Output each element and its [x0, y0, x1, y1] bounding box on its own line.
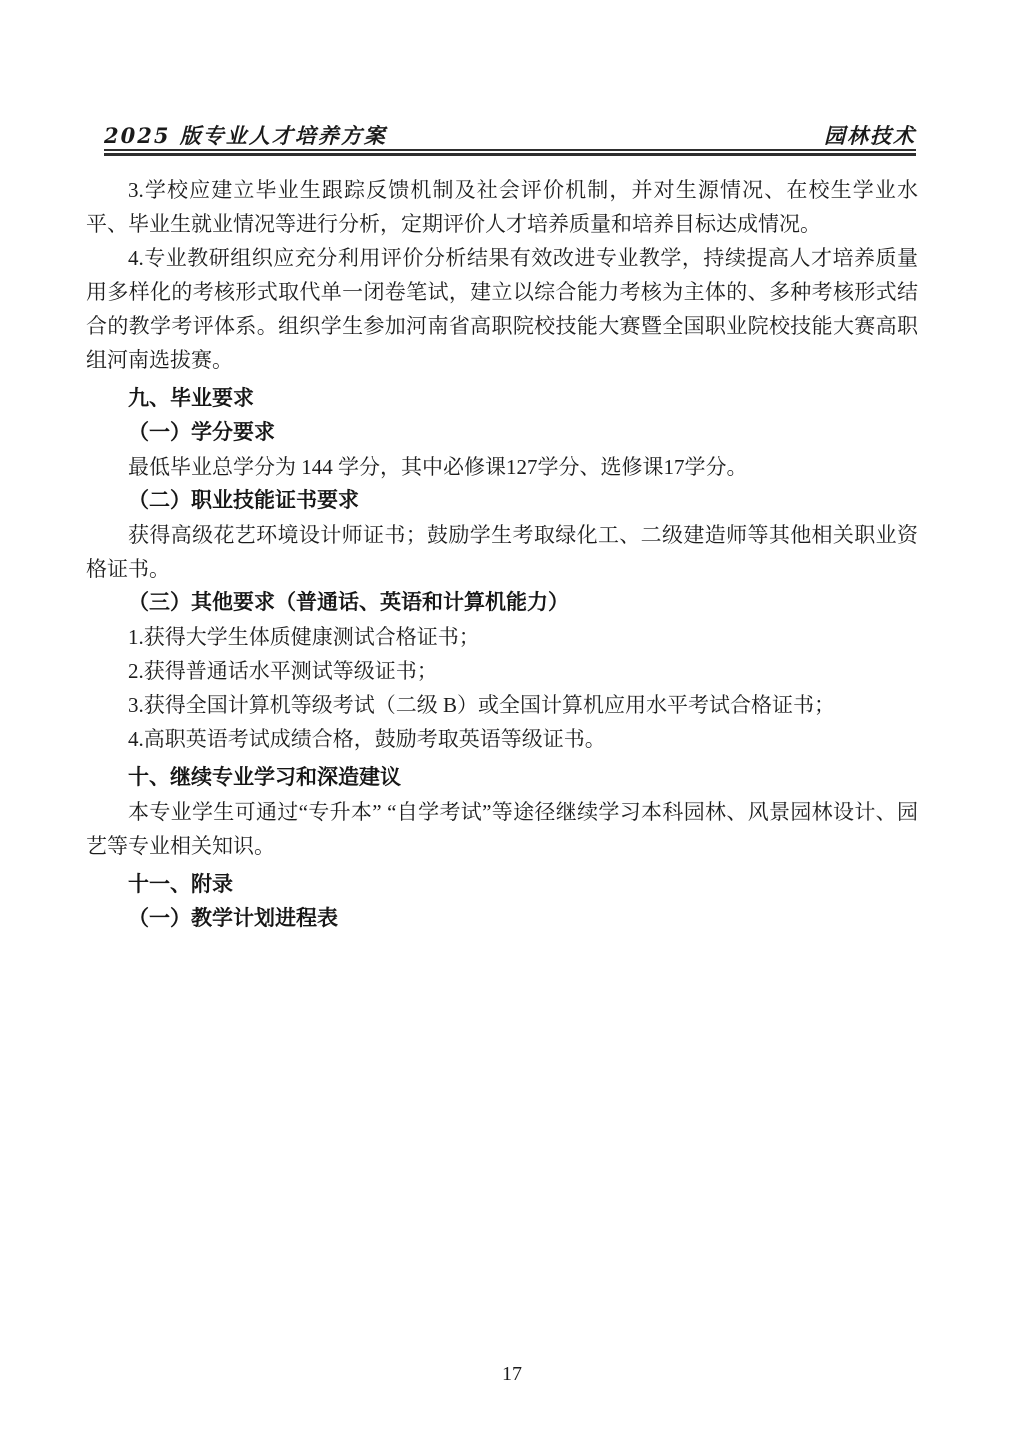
- subsection-heading-other: （三）其他要求（普通话、英语和计算机能力）: [86, 586, 918, 620]
- section-heading-appendix: 十一、附录: [86, 868, 918, 902]
- paragraph-school-feedback: 3.学校应建立毕业生跟踪反馈机制及社会评价机制，并对生源情况、在校生学业水平、毕…: [86, 173, 918, 241]
- header-double-rule: [104, 149, 916, 156]
- list-item-putonghua-test: 2.获得普通话水平测试等级证书；: [86, 654, 918, 688]
- section-heading-further-study: 十、继续专业学习和深造建议: [86, 761, 918, 795]
- subsection-heading-schedule: （一）教学计划进程表: [86, 902, 918, 936]
- subsection-heading-certificate: （二）职业技能证书要求: [86, 484, 918, 518]
- paragraph-further-study: 本专业学生可通过“专升本” “自学考试”等途径继续学习本科园林、风景园林设计、园…: [86, 795, 918, 863]
- document-page: 2025 版专业人才培养方案 园林技术 3.学校应建立毕业生跟踪反馈机制及社会评…: [0, 0, 1024, 1448]
- list-item-fitness-test: 1.获得大学生体质健康测试合格证书；: [86, 620, 918, 654]
- paragraph-certificate-detail: 获得高级花艺环境设计师证书；鼓励学生考取绿化工、二级建造师等其他相关职业资格证书…: [86, 518, 918, 586]
- paragraph-teaching-research: 4.专业教研组织应充分利用评价分析结果有效改进专业教学，持续提高人才培养质量用多…: [86, 241, 918, 377]
- list-item-computer-test: 3.获得全国计算机等级考试（二级 B）或全国计算机应用水平考试合格证书；: [86, 688, 918, 722]
- header-left-title: 2025 版专业人才培养方案: [104, 120, 387, 150]
- page-header: 2025 版专业人才培养方案 园林技术: [104, 120, 916, 150]
- subsection-heading-credits: （一）学分要求: [86, 416, 918, 450]
- list-item-english-test: 4.高职英语考试成绩合格，鼓励考取英语等级证书。: [86, 722, 918, 756]
- page-footer: 17: [0, 1363, 1024, 1386]
- header-right-title: 园林技术: [824, 120, 916, 150]
- paragraph-credit-requirement: 最低毕业总学分为 144 学分，其中必修课127学分、选修课17学分。: [86, 450, 918, 484]
- document-body: 3.学校应建立毕业生跟踪反馈机制及社会评价机制，并对生源情况、在校生学业水平、毕…: [86, 173, 918, 936]
- section-heading-graduation: 九、毕业要求: [86, 382, 918, 416]
- page-number: 17: [502, 1363, 522, 1385]
